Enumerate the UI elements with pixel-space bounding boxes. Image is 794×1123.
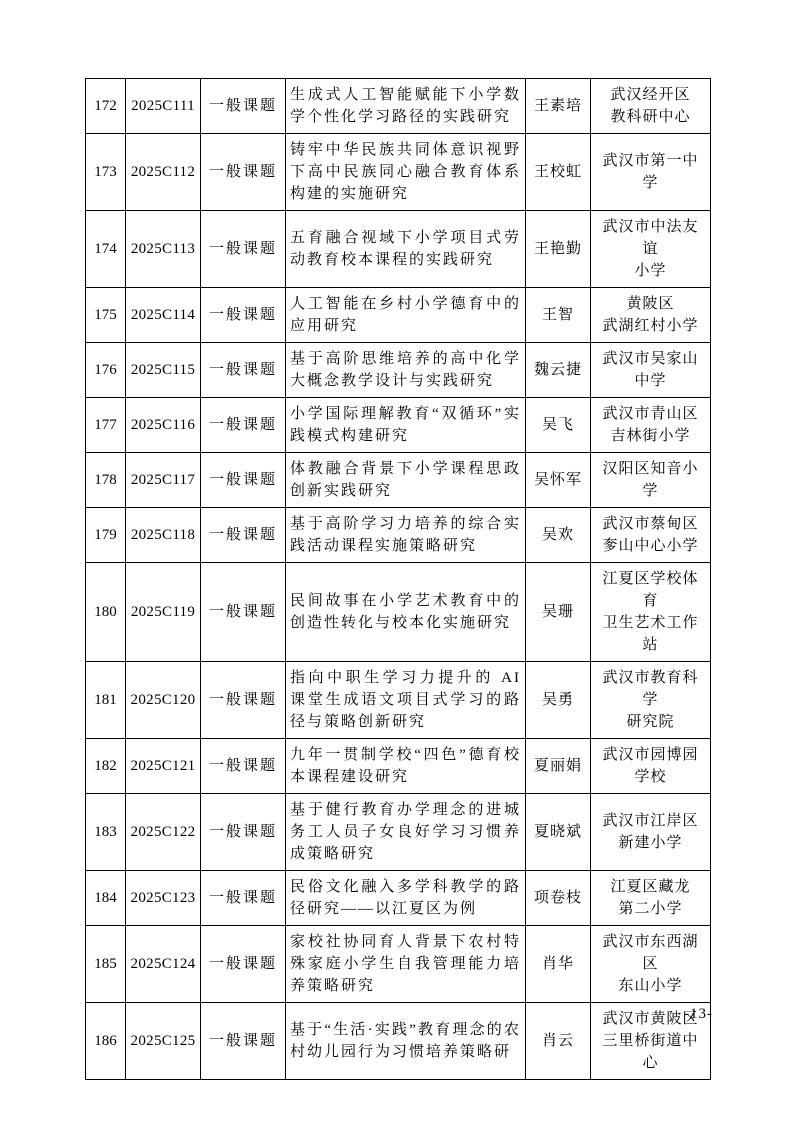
cell-serial-number: 174 [86,211,126,288]
cell-leader-name: 肖云 [526,1003,591,1080]
cell-project-category: 一般课题 [201,871,286,926]
cell-project-title: 民间故事在小学艺术教育中的创造性转化与校本化实施研究 [286,563,526,662]
cell-leader-name: 吴飞 [526,398,591,453]
cell-leader-name: 吴珊 [526,563,591,662]
table-row: 178 2025C117 一般课题 体教融合背景下小学课程思政创新实践研究 吴怀… [86,453,711,508]
cell-serial-number: 175 [86,288,126,343]
cell-organization: 汉阳区知音小学 [591,453,711,508]
cell-serial-number: 181 [86,662,126,739]
table-row: 183 2025C122 一般课题 基于健行教育办学理念的进城务工人员子女良好学… [86,794,711,871]
cell-leader-name: 魏云捷 [526,343,591,398]
cell-organization: 武汉经开区 教科研中心 [591,79,711,134]
cell-project-code: 2025C113 [126,211,201,288]
cell-serial-number: 186 [86,1003,126,1080]
table-row: 185 2025C124 一般课题 家校社协同育人背景下农村特殊家庭小学生自我管… [86,926,711,1003]
cell-project-category: 一般课题 [201,508,286,563]
cell-serial-number: 180 [86,563,126,662]
table-row: 182 2025C121 一般课题 九年一贯制学校“四色”德育校本课程建设研究 … [86,739,711,794]
cell-project-category: 一般课题 [201,739,286,794]
table-row: 181 2025C120 一般课题 指向中职生学习力提升的 AI 课堂生成语文项… [86,662,711,739]
projects-table: 172 2025C111 一般课题 生成式人工智能赋能下小学数学个性化学习路径的… [85,78,711,1080]
cell-project-title: 生成式人工智能赋能下小学数学个性化学习路径的实践研究 [286,79,526,134]
cell-project-category: 一般课题 [201,288,286,343]
cell-leader-name: 吴欢 [526,508,591,563]
cell-organization: 武汉市教育科学 研究院 [591,662,711,739]
cell-project-title: 五育融合视域下小学项目式劳动教育校本课程的实践研究 [286,211,526,288]
cell-project-code: 2025C122 [126,794,201,871]
cell-organization: 武汉市园博园 学校 [591,739,711,794]
cell-project-title: 小学国际理解教育“双循环”实践模式构建研究 [286,398,526,453]
cell-organization: 武汉市蔡甸区 奓山中心小学 [591,508,711,563]
cell-project-category: 一般课题 [201,563,286,662]
cell-leader-name: 王艳勤 [526,211,591,288]
cell-serial-number: 178 [86,453,126,508]
cell-project-title: 民俗文化融入多学科教学的路径研究——以江夏区为例 [286,871,526,926]
cell-leader-name: 吴怀军 [526,453,591,508]
cell-project-title: 铸牢中华民族共同体意识视野下高中民族同心融合教育体系构建的实施研究 [286,134,526,211]
table-row: 172 2025C111 一般课题 生成式人工智能赋能下小学数学个性化学习路径的… [86,79,711,134]
cell-project-code: 2025C115 [126,343,201,398]
cell-project-code: 2025C114 [126,288,201,343]
cell-leader-name: 王智 [526,288,591,343]
cell-organization: 武汉市吴家山 中学 [591,343,711,398]
document-page: 172 2025C111 一般课题 生成式人工智能赋能下小学数学个性化学习路径的… [0,0,794,1123]
cell-project-title: 人工智能在乡村小学德育中的应用研究 [286,288,526,343]
cell-project-title: 基于“生活·实践”教育理念的农村幼儿园行为习惯培养策略研 [286,1003,526,1080]
cell-project-category: 一般课题 [201,343,286,398]
cell-serial-number: 177 [86,398,126,453]
table-row: 180 2025C119 一般课题 民间故事在小学艺术教育中的创造性转化与校本化… [86,563,711,662]
table-row: 177 2025C116 一般课题 小学国际理解教育“双循环”实践模式构建研究 … [86,398,711,453]
cell-project-code: 2025C125 [126,1003,201,1080]
cell-leader-name: 夏晓斌 [526,794,591,871]
cell-organization: 武汉市青山区 吉林街小学 [591,398,711,453]
table-row: 186 2025C125 一般课题 基于“生活·实践”教育理念的农村幼儿园行为习… [86,1003,711,1080]
cell-leader-name: 肖华 [526,926,591,1003]
table-row: 175 2025C114 一般课题 人工智能在乡村小学德育中的应用研究 王智 黄… [86,288,711,343]
cell-organization: 武汉市中法友谊 小学 [591,211,711,288]
cell-organization: 江夏区学校体育 卫生艺术工作站 [591,563,711,662]
cell-project-code: 2025C111 [126,79,201,134]
cell-project-code: 2025C112 [126,134,201,211]
cell-project-category: 一般课题 [201,926,286,1003]
cell-organization: 黄陂区 武湖红村小学 [591,288,711,343]
cell-serial-number: 183 [86,794,126,871]
cell-project-code: 2025C124 [126,926,201,1003]
cell-project-category: 一般课题 [201,211,286,288]
cell-serial-number: 184 [86,871,126,926]
cell-leader-name: 项卷枝 [526,871,591,926]
cell-serial-number: 176 [86,343,126,398]
table-row: 179 2025C118 一般课题 基于高阶学习力培养的综合实践活动课程实施策略… [86,508,711,563]
table-row: 174 2025C113 一般课题 五育融合视域下小学项目式劳动教育校本课程的实… [86,211,711,288]
cell-leader-name: 夏丽娟 [526,739,591,794]
cell-leader-name: 王素培 [526,79,591,134]
cell-leader-name: 吴勇 [526,662,591,739]
cell-organization: 武汉市第一中学 [591,134,711,211]
cell-project-category: 一般课题 [201,79,286,134]
cell-organization: 武汉市江岸区 新建小学 [591,794,711,871]
cell-project-code: 2025C119 [126,563,201,662]
cell-leader-name: 王校虹 [526,134,591,211]
cell-project-code: 2025C123 [126,871,201,926]
cell-project-title: 家校社协同育人背景下农村特殊家庭小学生自我管理能力培养策略研究 [286,926,526,1003]
cell-serial-number: 185 [86,926,126,1003]
cell-project-category: 一般课题 [201,662,286,739]
cell-project-code: 2025C120 [126,662,201,739]
cell-project-title: 指向中职生学习力提升的 AI 课堂生成语文项目式学习的路径与策略创新研究 [286,662,526,739]
cell-project-category: 一般课题 [201,398,286,453]
cell-project-category: 一般课题 [201,1003,286,1080]
cell-project-category: 一般课题 [201,134,286,211]
cell-serial-number: 172 [86,79,126,134]
cell-serial-number: 179 [86,508,126,563]
cell-project-code: 2025C121 [126,739,201,794]
cell-serial-number: 173 [86,134,126,211]
cell-project-title: 基于高阶思维培养的高中化学大概念教学设计与实践研究 [286,343,526,398]
cell-project-title: 九年一贯制学校“四色”德育校本课程建设研究 [286,739,526,794]
cell-organization: 武汉市东西湖区 东山小学 [591,926,711,1003]
cell-project-category: 一般课题 [201,453,286,508]
cell-project-category: 一般课题 [201,794,286,871]
cell-project-code: 2025C118 [126,508,201,563]
cell-project-code: 2025C117 [126,453,201,508]
page-number: -13- [684,1006,713,1023]
projects-table-body: 172 2025C111 一般课题 生成式人工智能赋能下小学数学个性化学习路径的… [86,79,711,1080]
table-row: 184 2025C123 一般课题 民俗文化融入多学科教学的路径研究——以江夏区… [86,871,711,926]
cell-project-code: 2025C116 [126,398,201,453]
cell-organization: 江夏区藏龙 第二小学 [591,871,711,926]
cell-project-title: 基于高阶学习力培养的综合实践活动课程实施策略研究 [286,508,526,563]
cell-project-title: 基于健行教育办学理念的进城务工人员子女良好学习习惯养成策略研究 [286,794,526,871]
cell-project-title: 体教融合背景下小学课程思政创新实践研究 [286,453,526,508]
table-row: 173 2025C112 一般课题 铸牢中华民族共同体意识视野下高中民族同心融合… [86,134,711,211]
table-row: 176 2025C115 一般课题 基于高阶思维培养的高中化学大概念教学设计与实… [86,343,711,398]
cell-serial-number: 182 [86,739,126,794]
